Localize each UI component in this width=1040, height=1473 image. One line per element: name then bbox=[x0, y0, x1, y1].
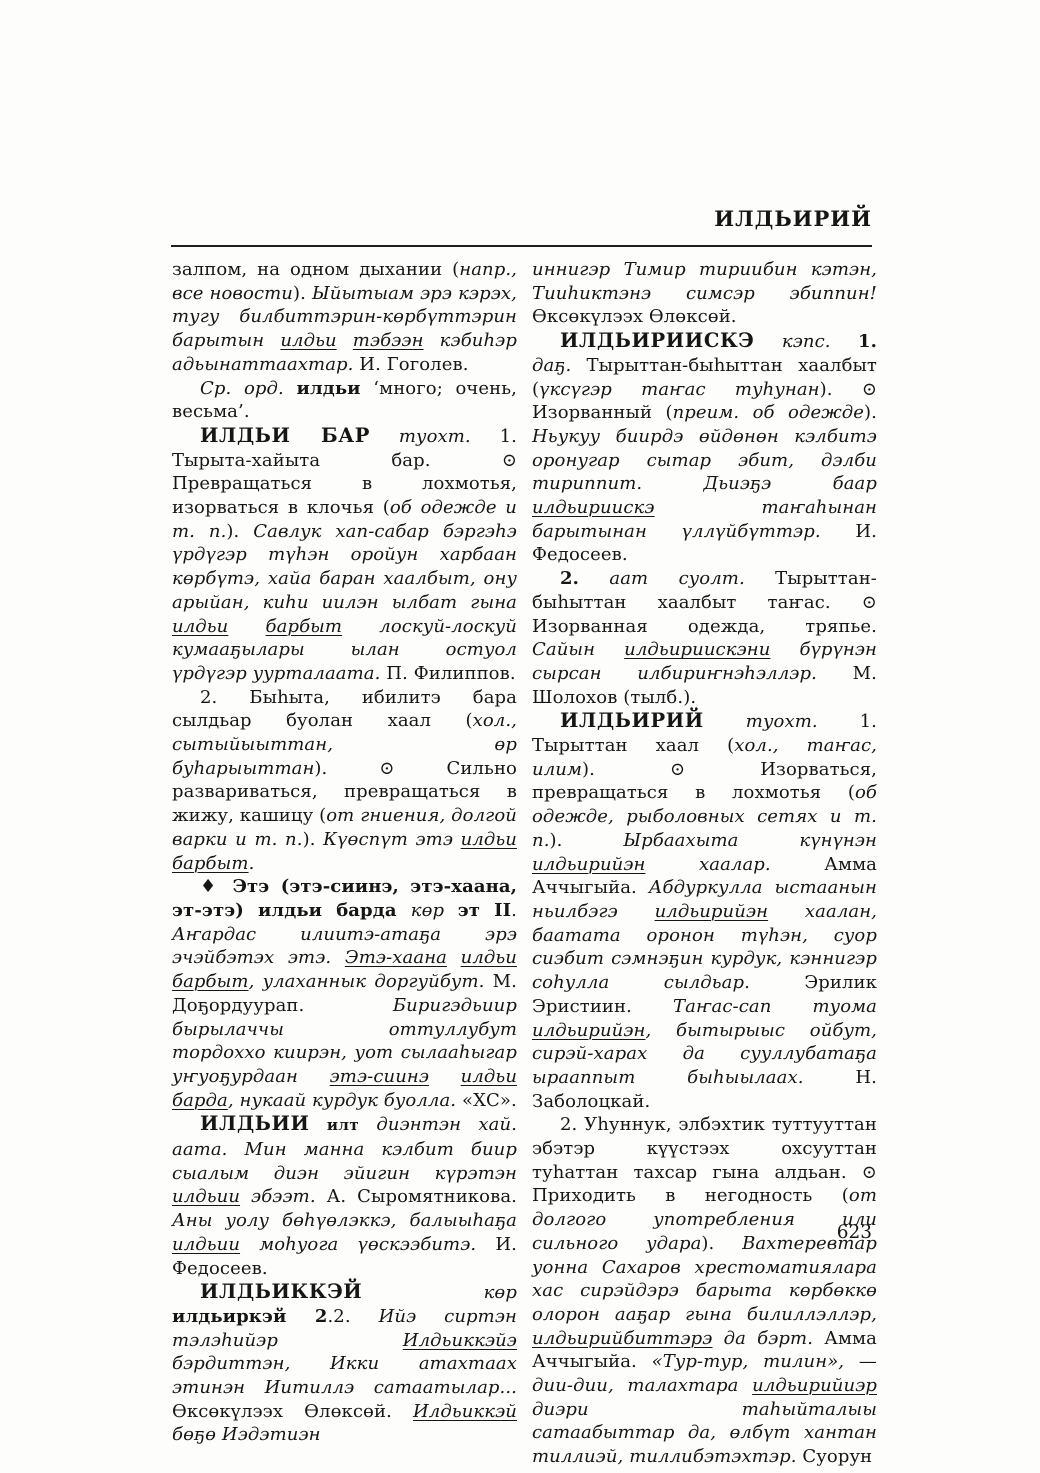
text-run: кэпс. bbox=[782, 331, 831, 352]
text-run: тэбээн bbox=[353, 330, 424, 351]
text-run bbox=[227, 1139, 244, 1160]
text-run: эбээт. bbox=[240, 1186, 316, 1207]
text-run: , улаханнык доргуйбут. bbox=[249, 971, 485, 992]
text-run: ). bbox=[303, 829, 324, 850]
text-run: залпом, на одном дыхании ( bbox=[172, 259, 459, 280]
text-run: илдьи bbox=[461, 829, 517, 850]
dictionary-paragraph: залпом, на одном дыхании (напр., все нов… bbox=[172, 258, 517, 377]
text-run: илдьи bbox=[461, 947, 517, 968]
dictionary-paragraph: 2. Быһыта, ибилитэ бара сылдьар буолан х… bbox=[172, 686, 517, 876]
text-run: иннигэр Тимир тириибин кэтэн, Тииһиктэнэ… bbox=[532, 259, 877, 304]
text-run: ). bbox=[864, 402, 877, 423]
text-run: Аны уолу бөһүөлэккэ, балыыһаҕа bbox=[172, 1210, 517, 1231]
text-run: илдьириискэ bbox=[532, 497, 655, 518]
text-run: ИЛДЬИРИИСКЭ bbox=[560, 329, 754, 352]
text-run: барбыт bbox=[172, 971, 249, 992]
dictionary-paragraph: ♦ Этэ (этэ-сиинэ, этэ-хаана, эт-этэ) илд… bbox=[172, 875, 517, 1112]
text-run: Ырбаахыта күнүнэн bbox=[623, 830, 877, 851]
text-run bbox=[444, 900, 458, 921]
text-run: бөҕө Иэдэтиэн bbox=[172, 1424, 321, 1445]
text-run: ). bbox=[293, 283, 312, 304]
text-run: Ср. орд. bbox=[200, 378, 284, 399]
text-run: көр bbox=[411, 900, 444, 921]
left-column: залпом, на одном дыхании (напр., все нов… bbox=[172, 258, 517, 1447]
text-run: туохт. bbox=[399, 426, 471, 447]
text-run: ). ⊙ Изорваться, превращаться в лохмотья… bbox=[532, 759, 877, 804]
text-run: да бэрт. bbox=[712, 1328, 813, 1349]
text-run bbox=[337, 330, 353, 351]
dictionary-paragraph: 2. Уһуннук, элбэхтик туттууттан эбэтэр к… bbox=[532, 1113, 877, 1469]
text-run: илдьи bbox=[172, 616, 228, 637]
text-run: П. Филиппов. bbox=[380, 663, 515, 684]
text-run bbox=[310, 1114, 327, 1135]
text-run bbox=[754, 331, 781, 352]
text-run: ИЛДЬИРИЙ bbox=[560, 709, 704, 732]
text-run: туохт. bbox=[746, 711, 818, 732]
dictionary-paragraph: иннигэр Тимир тириибин кэтэн, Тииһиктэнэ… bbox=[532, 258, 877, 329]
text-run: илдьии bbox=[172, 1234, 240, 1255]
text-run: . bbox=[511, 900, 517, 921]
text-run bbox=[579, 568, 609, 589]
text-run: , нукаай курдук буолла. bbox=[228, 1090, 456, 1111]
dictionary-page: ИЛДЬИРИЙ залпом, на одном дыхании (напр.… bbox=[0, 0, 1040, 1473]
dictionary-paragraph: ИЛДЬИИ илт диэнтэн хай. аата. Мин манна … bbox=[172, 1112, 517, 1280]
text-run bbox=[362, 1282, 483, 1303]
text-run: Өксөкүлээх Өлөксөй. bbox=[172, 1401, 413, 1422]
text-run: илт bbox=[327, 1116, 359, 1134]
text-run: ИЛДЬИИ bbox=[200, 1112, 310, 1135]
text-run: илдьиркэй 2 bbox=[172, 1306, 327, 1327]
text-run: 2. bbox=[560, 568, 579, 589]
dictionary-paragraph: Ср. орд. илдьи ‘много; очень, весьма’. bbox=[172, 377, 517, 424]
text-run: хаалар. bbox=[646, 854, 771, 875]
dictionary-paragraph: ИЛДЬИККЭЙ көр илдьиркэй 2.2. Ийэ сиртэн … bbox=[172, 1280, 517, 1447]
text-run: этэ-сиинэ bbox=[330, 1066, 429, 1087]
text-run: ). bbox=[550, 830, 624, 851]
text-run bbox=[831, 331, 858, 352]
text-run: А. Сыромятникова. bbox=[316, 1186, 517, 1207]
text-run: илдьирийэн bbox=[532, 854, 646, 875]
text-run: моһуога үөскээбитэ. bbox=[240, 1234, 476, 1255]
text-run: илдьи bbox=[461, 1066, 517, 1087]
text-run: . bbox=[249, 853, 255, 874]
text-run: ИЛДЬИ БАР bbox=[200, 424, 370, 447]
text-run: барда bbox=[172, 1090, 228, 1111]
text-run: Илдьиккэйэ bbox=[403, 1330, 517, 1351]
text-run: үксүгэр таҥас туһунан bbox=[539, 379, 820, 400]
text-run: көр bbox=[484, 1282, 517, 1303]
text-run: «ХС». bbox=[456, 1090, 517, 1111]
dictionary-paragraph: ИЛДЬИРИЙ туохт. 1. Тырыттан хаал (хол., … bbox=[532, 709, 877, 1113]
text-run: илдьириискэни bbox=[624, 639, 770, 660]
text-run: .2. bbox=[327, 1306, 378, 1327]
text-run: 2. Быһыта, ибилитэ бара сылдьар буолан х… bbox=[172, 687, 517, 732]
text-run bbox=[370, 426, 399, 447]
text-run: илдьирийбиттэрэ bbox=[532, 1328, 712, 1349]
text-run: илдьирийэн bbox=[532, 1020, 646, 1041]
text-run: илдьии bbox=[172, 1186, 240, 1207]
text-run: илдьирийиэр bbox=[752, 1375, 877, 1396]
text-run: барбыт bbox=[266, 616, 343, 637]
text-run bbox=[447, 947, 461, 968]
text-run: аат суолт. bbox=[609, 568, 744, 589]
header-rule bbox=[171, 245, 872, 247]
text-run bbox=[228, 616, 265, 637]
text-run: Илдьиккэй bbox=[413, 1401, 517, 1422]
text-run bbox=[284, 378, 297, 399]
right-column: иннигэр Тимир тириибин кэтэн, Тииһиктэнэ… bbox=[532, 258, 877, 1469]
text-run: илдьи bbox=[297, 378, 361, 399]
dictionary-paragraph: 2. аат суолт. Тырыттан-быһыттан хаалбыт … bbox=[532, 567, 877, 709]
text-run bbox=[704, 711, 746, 732]
text-run bbox=[429, 1066, 461, 1087]
text-run: ). bbox=[226, 521, 253, 542]
text-run: 1. bbox=[858, 331, 877, 352]
text-run: илдьи bbox=[280, 330, 336, 351]
text-run: ИЛДЬИККЭЙ bbox=[200, 1280, 362, 1303]
text-run: Ньукуу биирдэ өйдөнөн кэлбитэ оронугар с… bbox=[532, 426, 877, 494]
text-run: эт II bbox=[458, 900, 511, 921]
text-run: даҕ. bbox=[532, 355, 571, 376]
text-run: Күөспүт этэ bbox=[323, 829, 461, 850]
text-run: бэрдиттэн, Икки атахтаах этинэн Иитиллэ … bbox=[172, 1353, 517, 1398]
dictionary-paragraph: ИЛДЬИРИИСКЭ кэпс. 1. даҕ. Тырыттан-быһыт… bbox=[532, 329, 877, 567]
running-head-word: ИЛДЬИРИЙ bbox=[714, 206, 872, 231]
text-run: Таҥас-сап туома bbox=[673, 996, 877, 1017]
text-run: преим. об одежде bbox=[673, 402, 864, 423]
text-run: И. Гоголев. bbox=[353, 354, 468, 375]
text-run: 2. Уһуннук, элбэхтик туттууттан эбэтэр к… bbox=[532, 1114, 877, 1206]
running-head: ИЛДЬИРИЙ bbox=[172, 206, 872, 231]
text-run: Өксөкүлээх Өлөксөй. bbox=[532, 306, 737, 327]
text-run: Сайын bbox=[532, 639, 624, 660]
text-run: барбыт bbox=[172, 853, 249, 874]
text-run: Этэ-хаана bbox=[345, 947, 447, 968]
text-run: Суорун bbox=[797, 1446, 873, 1467]
text-run: илдьирийэн bbox=[655, 901, 769, 922]
page-number: 623 bbox=[772, 1222, 872, 1243]
text-run bbox=[359, 1114, 376, 1135]
dictionary-paragraph: ИЛДЬИ БАР туохт. 1. Тырыта-хайыта бар. ⊙… bbox=[172, 424, 517, 686]
text-run: ). bbox=[701, 1233, 742, 1254]
